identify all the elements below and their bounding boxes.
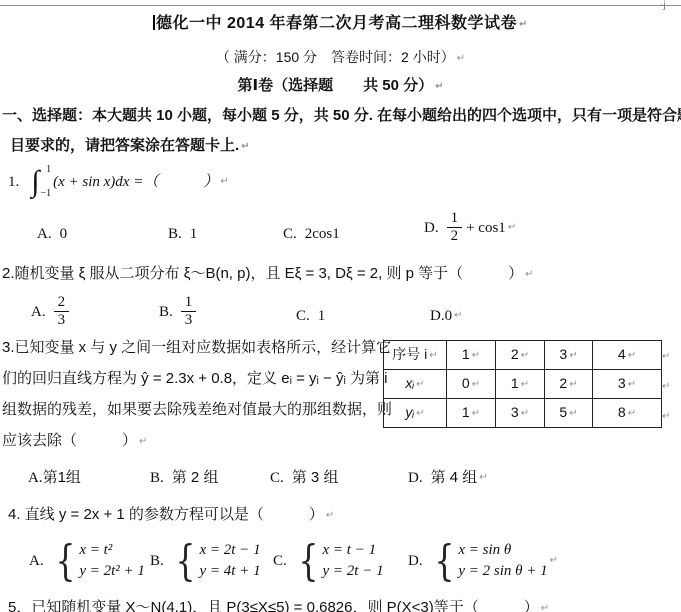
question-3-line-1: 3.已知变量 x 与 y 之间一组对应数据如表格所示，经计算它: [2, 338, 384, 369]
question-3-line-2: 们的回归直线方程为 ŷ = 2.3x + 0.8，定义 eᵢ = yᵢ − ŷᵢ…: [2, 369, 384, 400]
paragraph-mark: ↵: [550, 551, 558, 571]
integral-lower-limit: −1: [40, 189, 51, 199]
paragraph-mark: ↵: [479, 468, 487, 488]
paragraph-mark: ↵: [416, 379, 424, 390]
section-heading-row: 第Ⅰ卷（选择题 共 50 分）↵: [0, 76, 681, 97]
section-heading: 第Ⅰ卷（选择题 共 50 分）: [238, 77, 434, 94]
paragraph-mark: ↵: [541, 603, 549, 612]
integral-expression: ∫ 1 −1: [31, 165, 51, 199]
paragraph-mark: ↵: [521, 379, 529, 390]
question-2: 2.随机变量 ξ 服从二项分布 ξ～B(n, p)，且 Eξ = 3, Dξ =…: [2, 264, 534, 285]
paragraph-mark: ↵: [628, 350, 636, 361]
question-5-partial: 5．已知随机变量 X～N(4,1)，且 P(3≤X≤5) = 0.6826，则 …: [8, 598, 549, 612]
q4-option-b: B. { x = 2t − 1 y = 4t + 1: [150, 540, 261, 582]
paragraph-mark: ↵: [241, 141, 249, 152]
paragraph-mark: ↵: [435, 81, 443, 92]
paragraph-mark: ↵: [521, 408, 529, 419]
q1-option-d: D. 1 2 + cos1 ↵: [424, 211, 516, 244]
integral-icon: ∫: [31, 167, 39, 197]
paragraph-mark: ↵: [521, 350, 529, 361]
paragraph-mark: ↵: [569, 408, 577, 419]
paragraph-mark: ↵: [662, 407, 670, 427]
exam-subtitle-row: （ 满分：150 分 答卷时间：2 小时）↵: [0, 47, 681, 69]
exam-title-row: 德化一中 2014 年春第二次月考高二理科数学试卷↵: [0, 14, 681, 35]
paragraph-mark: ↵: [662, 347, 670, 367]
paragraph-mark: ↵: [472, 408, 480, 419]
page-top-border: [0, 5, 681, 6]
paragraph-mark: ↵: [569, 379, 577, 390]
paragraph-mark: ↵: [416, 408, 424, 419]
q4-option-d: D. { x = sin θ y = 2 sin θ + 1 ↵: [408, 540, 558, 582]
brace-icon: {: [434, 540, 454, 582]
paragraph-mark: ↵: [662, 377, 670, 397]
exam-document-page: { "glyphs": { "pilcrow": "↵", "integral"…: [0, 0, 681, 612]
paragraph-mark: ↵: [326, 510, 334, 521]
table-row: 序号 i↵ 1↵ 2↵ 3↵ 4↵: [384, 341, 662, 370]
question-5-text: 5．已知随机变量 X～N(4,1)，且 P(3≤X≤5) = 0.6826，则 …: [8, 599, 539, 612]
paragraph-mark: ↵: [472, 350, 480, 361]
table-row: xᵢ↵ 0↵ 1↵ 2↵ 3↵: [384, 370, 662, 399]
exam-subtitle: （ 满分：150 分 答卷时间：2 小时）: [216, 49, 455, 65]
paragraph-mark: ↵: [628, 379, 636, 390]
paragraph-mark: ↵: [628, 408, 636, 419]
instructions-line-1: 一、选择题：本大题共 10 小题，每小题 5 分，共 50 分. 在每小题给出的…: [2, 106, 681, 126]
question-3-line-3: 组数据的残差，如果要去除残差绝对值最大的那组数据，则: [2, 400, 384, 431]
instructions-line-2-row: 目要求的，请把答案涂在答题卡上.↵: [10, 136, 250, 157]
brace-icon: {: [175, 540, 195, 582]
q1-option-a: A.0: [37, 224, 67, 244]
instructions-line-2: 目要求的，请把答案涂在答题卡上.: [10, 137, 239, 154]
q4-option-c: C. { x = t − 1 y = 2t − 1: [273, 540, 384, 582]
fraction: 1 2: [447, 211, 463, 244]
paragraph-mark: ↵: [454, 306, 462, 326]
paragraph-mark: ↵: [457, 53, 465, 64]
q2-option-c: C.1: [296, 306, 325, 326]
fraction: 1 3: [181, 295, 197, 328]
q3-option-c: C.第 3 组: [270, 468, 338, 488]
q2-option-d: D.0 ↵: [430, 306, 462, 326]
brace-icon: {: [55, 540, 75, 582]
fraction: 2 3: [54, 295, 70, 328]
paragraph-mark: ↵: [220, 172, 228, 192]
question-1: 1. ∫ 1 −1 (x + sin x)dx =（ ） ↵: [8, 165, 229, 199]
paragraph-mark: ↵: [429, 350, 437, 361]
question-2-text: 2.随机变量 ξ 服从二项分布 ξ～B(n, p)，且 Eξ = 3, Dξ =…: [2, 265, 523, 282]
paragraph-mark: ↵: [569, 350, 577, 361]
q1-option-c: C.2cos1: [283, 224, 340, 244]
q3-data-table: 序号 i↵ 1↵ 2↵ 3↵ 4↵ xᵢ↵ 0↵ 1↵ 2↵ 3↵ yᵢ↵ 1↵…: [383, 340, 662, 428]
q3-option-b: B.第 2 组: [150, 468, 218, 488]
q4-option-a: A. { x = t² y = 2t² + 1: [29, 540, 145, 582]
q1-option-b: B.1: [168, 224, 197, 244]
q2-option-a: A. 2 3: [31, 295, 69, 328]
integral-upper-limit: 1: [46, 165, 51, 175]
paragraph-mark: ↵: [508, 218, 516, 238]
table-row: yᵢ↵ 1↵ 3↵ 5↵ 8↵: [384, 399, 662, 428]
q2-option-b: B. 1 3: [159, 295, 196, 328]
paragraph-mark: ↵: [525, 269, 533, 280]
question-1-expression: (x + sin x)dx =（ ）: [53, 172, 218, 192]
exam-title: 德化一中 2014 年春第二次月考高二理科数学试卷: [156, 15, 517, 32]
question-3: 3.已知变量 x 与 y 之间一组对应数据如表格所示，经计算它 们的回归直线方程…: [2, 338, 384, 462]
paragraph-mark: ↵: [519, 19, 528, 30]
question-4-text: 4. 直线 y = 2x + 1 的参数方程可以是（ ）: [8, 506, 324, 523]
paragraph-mark: ↵: [472, 379, 480, 390]
paragraph-mark: ↵: [139, 436, 147, 447]
text-cursor: [153, 15, 155, 30]
question-3-line-4: 应该去除（ ）↵: [2, 431, 384, 462]
q3-option-a: A.第1组: [28, 468, 81, 488]
q3-option-d: D.第 4 组 ↵: [408, 468, 488, 488]
question-4: 4. 直线 y = 2x + 1 的参数方程可以是（ ）↵: [8, 505, 334, 526]
question-1-number: 1.: [8, 172, 19, 192]
brace-icon: {: [298, 540, 318, 582]
